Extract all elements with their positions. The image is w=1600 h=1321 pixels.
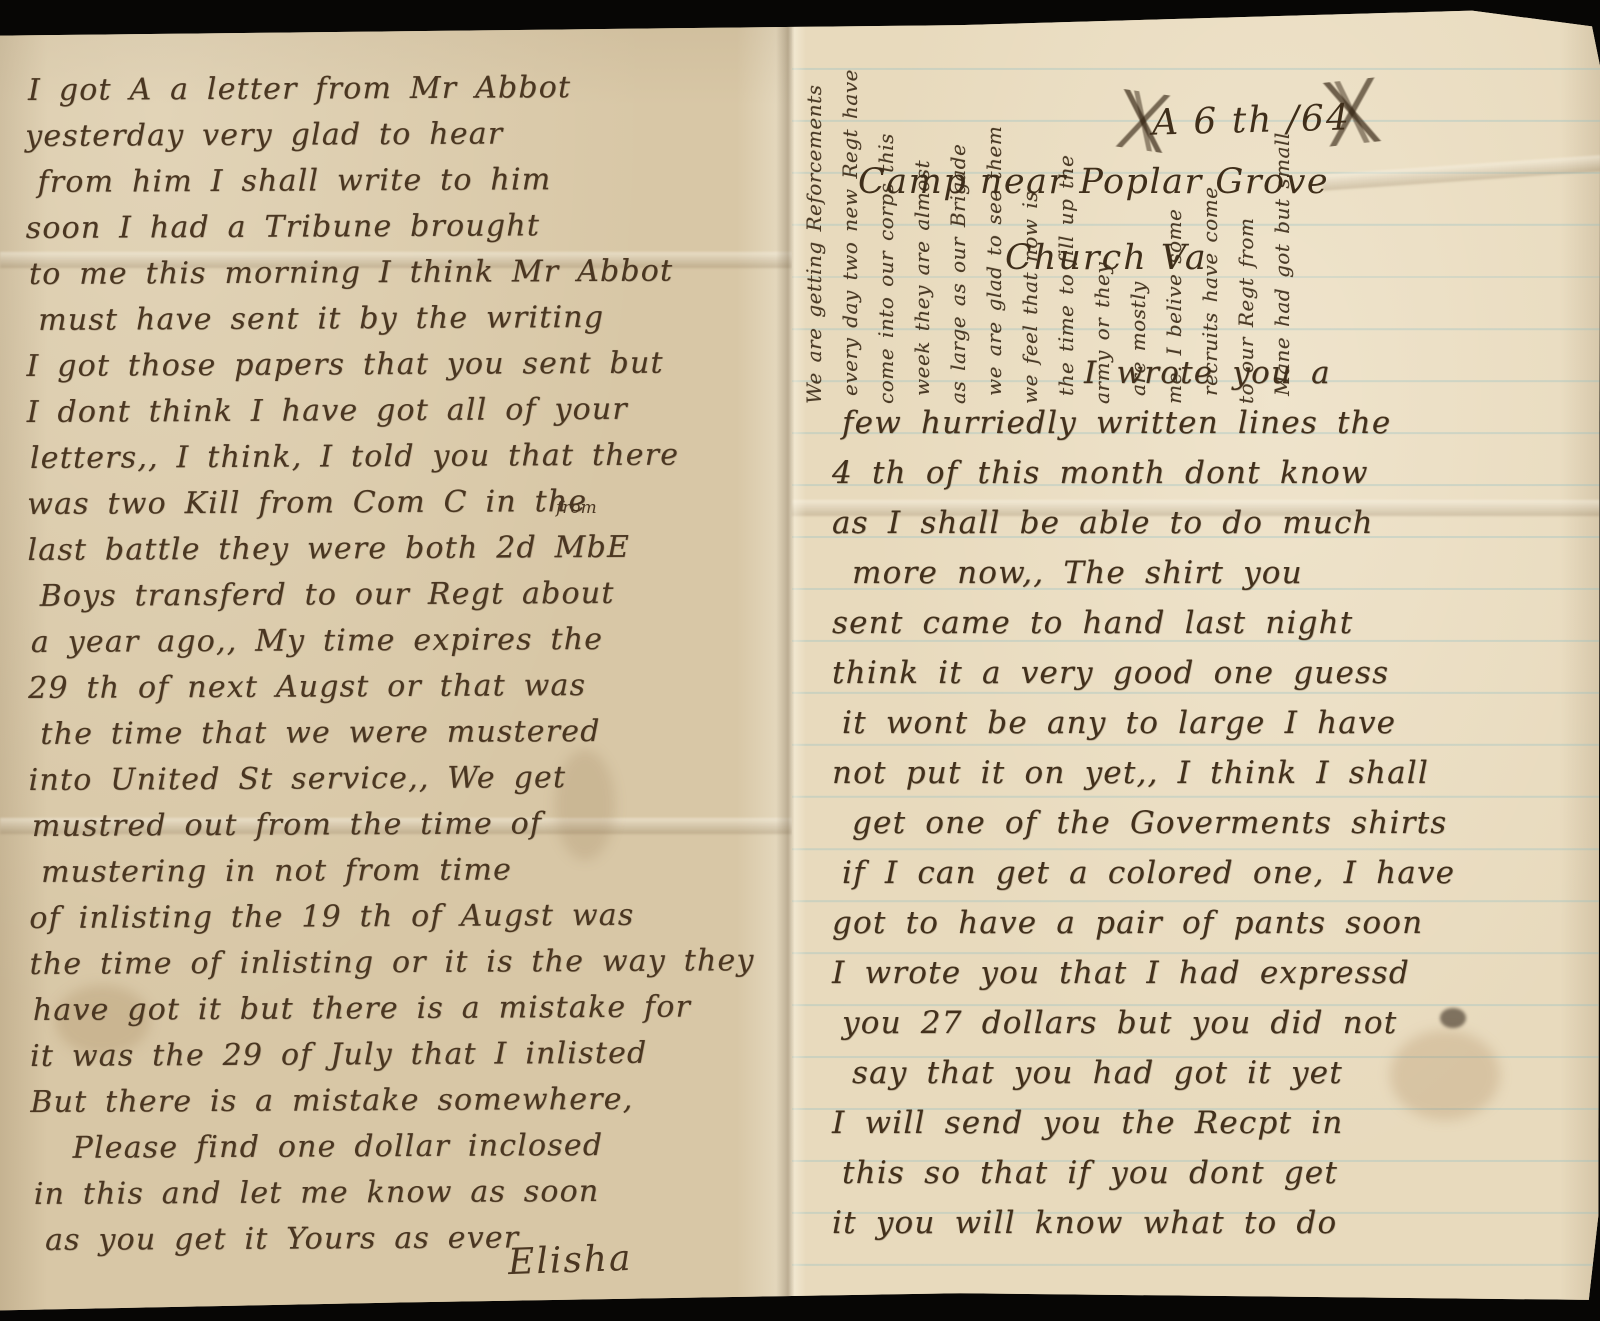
handwritten-line: army or they — [1084, 26, 1120, 404]
handwritten-line: the time of inlisting or it is the way t… — [29, 938, 789, 988]
handwritten-line: we are glad to see them — [976, 26, 1012, 396]
handwritten-line: to our Regt from — [1228, 26, 1264, 404]
handwritten-line: this so that if you dont get — [842, 1148, 1582, 1198]
handwritten-line: soon I had a Tribune brought — [26, 202, 786, 252]
handwritten-line: I got A a letter from Mr Abbot — [28, 64, 785, 114]
left-page-handwriting: I got A a letter from Mr Abbotyesterday … — [25, 64, 791, 1264]
handwritten-line: But there is a mistake somewhere, — [30, 1076, 790, 1126]
signature: Elisha — [507, 1238, 633, 1283]
handwritten-line: I will send you the Recpt in — [832, 1098, 1582, 1148]
inserted-word: from — [556, 498, 597, 518]
handwritten-line: mustred out from the time of — [32, 800, 789, 850]
cross-writing-lines: We are getting Reforcementsevery day two… — [796, 26, 1300, 404]
letter-left-page: I got A a letter from Mr Abbotyesterday … — [0, 0, 792, 1321]
handwritten-line: not put it on yet,, I think I shall — [832, 748, 1582, 798]
handwritten-line: me. I belive some — [1156, 26, 1192, 404]
handwritten-line: few hurriedly written lines the — [842, 398, 1582, 448]
handwritten-line: the time to fill up the — [1048, 26, 1084, 396]
handwritten-line: a year ago,, My time expires the — [31, 616, 788, 666]
handwritten-line: yesterday very glad to hear — [25, 110, 785, 160]
letter-paper: I got A a letter from Mr Abbotyesterday … — [0, 0, 1600, 1321]
handwritten-line: say that you had got it yet — [852, 1048, 1582, 1098]
handwritten-line: last battle they were both 2d MbE — [27, 524, 787, 574]
handwritten-line: recruits have come — [1192, 26, 1228, 396]
handwritten-line: if I can get a colored one, I have — [842, 848, 1582, 898]
handwritten-line: as large as our Brigade — [940, 26, 976, 404]
handwritten-line: was two Kill from Com C in the — [27, 478, 787, 528]
handwritten-line: more now,, The shirt you — [852, 548, 1582, 598]
handwritten-line: I wrote you that I had expressd — [832, 948, 1582, 998]
handwritten-line: to me this morning I think Mr Abbot — [29, 248, 786, 298]
handwritten-line: into United St service,, We get — [28, 754, 788, 804]
handwritten-line: must have sent it by the writing — [38, 294, 786, 344]
handwritten-line: I got those papers that you sent but — [26, 340, 786, 390]
handwritten-line: mustering in not from time — [41, 846, 789, 896]
handwritten-line: think it a very good one guess — [832, 648, 1582, 698]
right-page-handwriting: I wrote you afew hurriedly written lines… — [832, 348, 1582, 1248]
fold-crease — [1322, 155, 1600, 190]
handwritten-line: Mane had got but small — [1264, 26, 1300, 396]
handwritten-line: sent came to hand last night — [832, 598, 1582, 648]
letter-scan: I got A a letter from Mr Abbotyesterday … — [0, 0, 1600, 1321]
handwritten-line: have got it but there is a mistake for — [33, 984, 790, 1034]
handwritten-line: from him I shall write to him — [37, 156, 785, 206]
handwritten-line: 4 th of this month dont know — [832, 448, 1582, 498]
handwritten-line: come into our corps this — [868, 26, 904, 404]
handwritten-line: got to have a pair of pants soon — [832, 898, 1582, 948]
handwritten-line: as you get it Yours as ever — [45, 1214, 791, 1264]
handwritten-line: in this and let me know as soon — [34, 1168, 791, 1218]
handwritten-line: every day two new Regt have — [832, 26, 868, 396]
handwritten-line: it was the 29 of July that I inlisted — [30, 1030, 790, 1080]
handwritten-line: Please find one dollar inclosed — [72, 1122, 790, 1172]
handwritten-line: it you will know what to do — [832, 1198, 1582, 1248]
handwritten-line: Boys transferd to our Regt about — [40, 570, 788, 620]
handwritten-line: as I shall be able to do much — [832, 498, 1582, 548]
handwritten-line: are mostly — [1120, 26, 1156, 396]
handwritten-line: we feel that now is — [1012, 26, 1048, 404]
handwritten-line: the time that we were mustered — [40, 708, 788, 758]
handwritten-line: it wont be any to large I have — [842, 698, 1582, 748]
handwritten-line: week they are almost — [904, 26, 940, 396]
handwritten-line: get one of the Goverments shirts — [852, 798, 1582, 848]
handwritten-line: I dont think I have got all of your — [27, 386, 787, 436]
handwritten-line: letters,, I think, I told you that there — [30, 432, 787, 482]
handwritten-line: We are getting Reforcements — [796, 26, 832, 404]
handwritten-line: 29 th of next Augst or that was — [28, 662, 788, 712]
handwritten-line: of inlisting the 19 th of Augst was — [29, 892, 789, 942]
handwritten-line: you 27 dollars but you did not — [842, 998, 1582, 1048]
